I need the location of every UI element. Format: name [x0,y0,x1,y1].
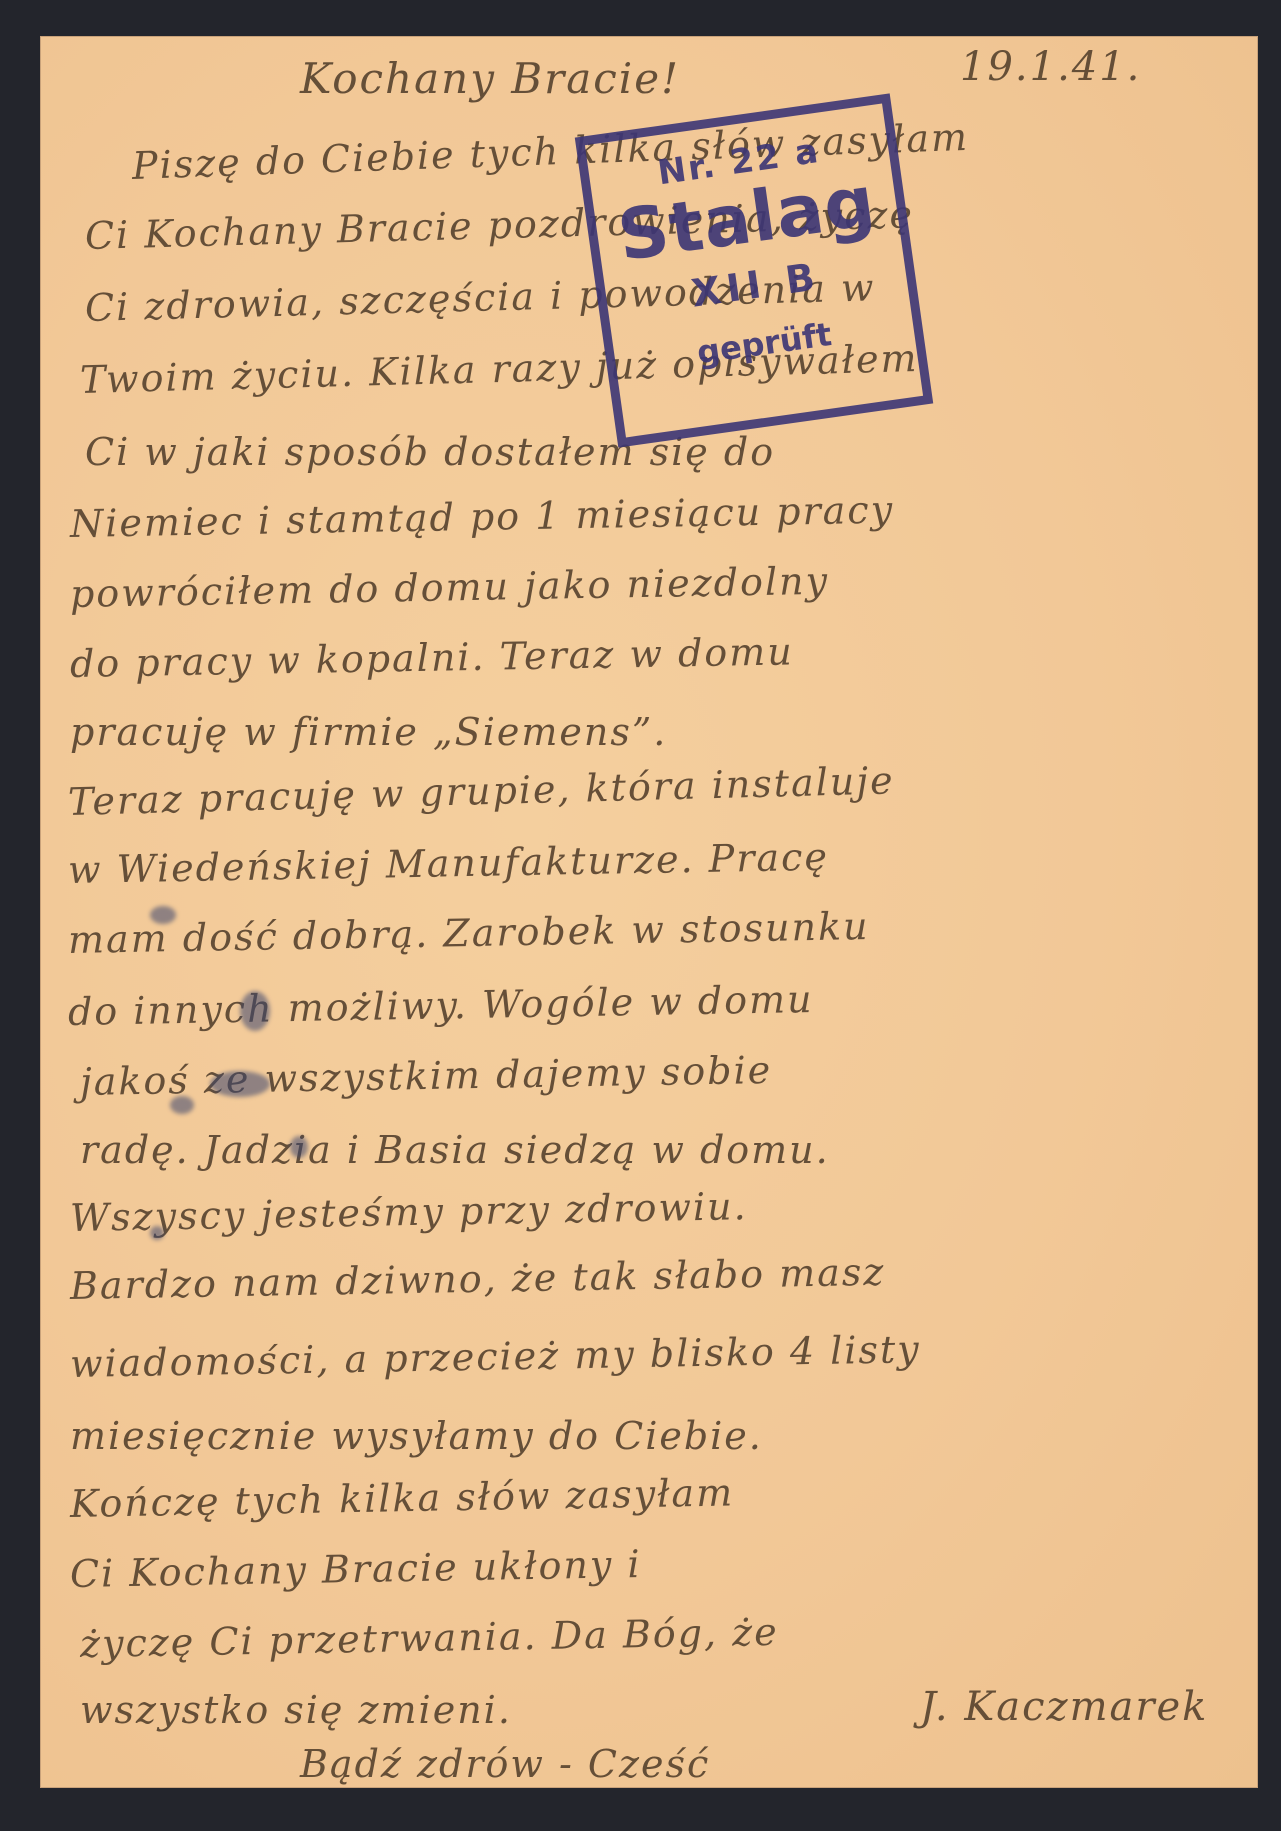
signature: J. Kaczmarek [920,1684,1208,1730]
body-line: wszystko się zmieni. [80,1688,512,1732]
closing: Bądź zdrów - Cześć [300,1742,710,1786]
body-line: w Wiedeńskiej Manufakturze. Pracę [68,835,830,892]
ink-blot [150,906,176,924]
ink-blot [150,1226,164,1240]
ink-blot [240,991,270,1031]
body-line: mam dość dobrą. Zarobek w stosunku [68,904,870,962]
body-line: Kończę tych kilka słów zasyłam [70,1470,735,1526]
body-line: do pracy w kopalni. Teraz w domu [70,629,794,686]
body-line: życzę Ci przetrwania. Da Bóg, że [80,1610,779,1666]
body-line: powróciłem do domu jako niezdolny [70,559,830,616]
body-line: radę. Jadzia i Basia siedzą w domu. [80,1128,830,1172]
body-line: Bardzo nam dziwno, że tak słabo masz [70,1250,886,1308]
censor-stamp: Nr. 22 a Stalag XII B geprüft [575,93,933,447]
ink-blot [170,1096,194,1114]
body-line: Teraz pracuję w grupie, która instaluje [67,758,895,824]
postcard: Kochany Bracie! 19.1.41. Piszę do Ciebie… [40,36,1258,1788]
body-line: wiadomości, a przecież my blisko 4 listy [70,1327,921,1386]
greeting: Kochany Bracie! [300,54,680,103]
date: 19.1.41. [960,44,1141,90]
body-line: pracuję w firmie „Siemens”. [70,710,667,754]
body-line: Wszyscy jesteśmy przy zdrowiu. [70,1184,748,1240]
body-line: Niemiec i stamtąd po 1 miesiącu pracy [70,488,895,546]
ink-blot [290,1136,308,1158]
body-line: do innych możliwy. Wogóle w domu [68,977,814,1034]
body-line: miesięcznie wysyłamy do Ciebie. [70,1414,763,1458]
body-line: Ci Kochany Bracie ukłony i [70,1542,642,1596]
ink-blot [210,1071,270,1097]
